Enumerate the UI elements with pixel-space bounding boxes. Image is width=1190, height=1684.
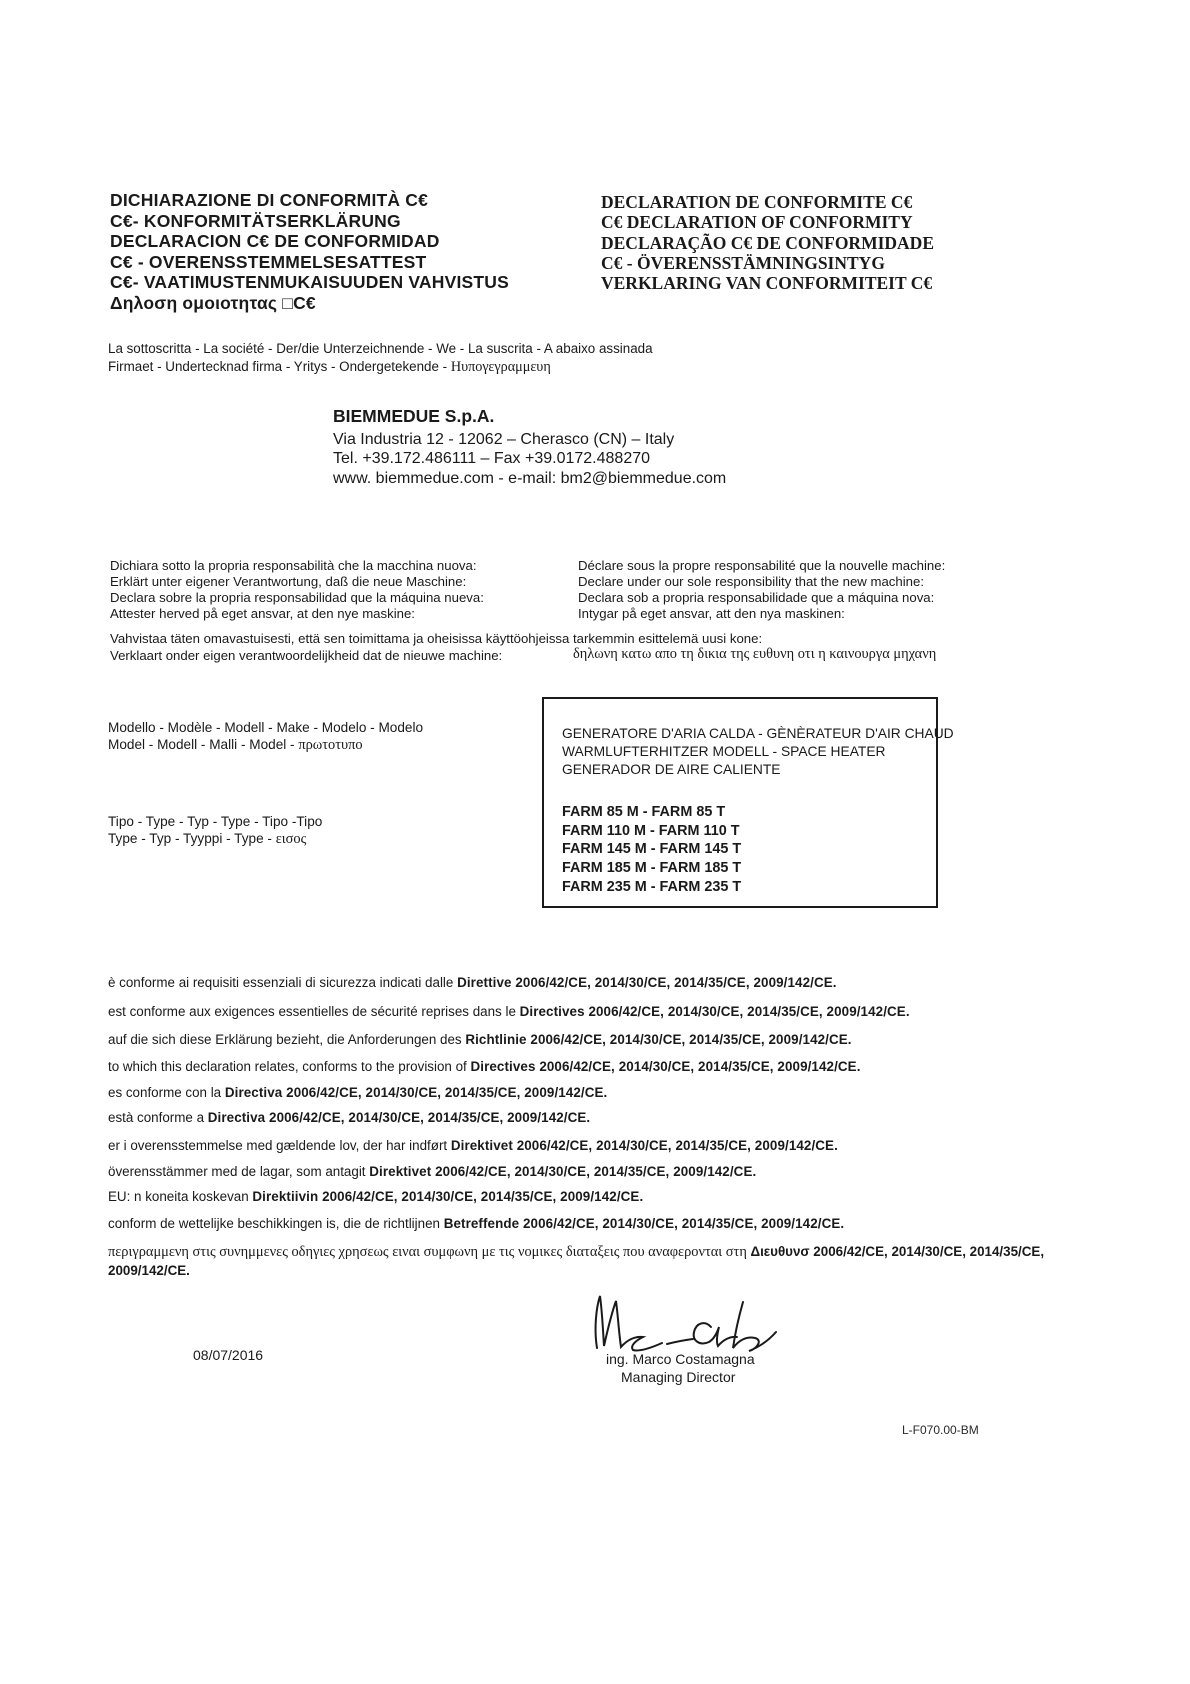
model-label-line: Modello - Modèle - Modell - Make - Model… bbox=[108, 719, 423, 736]
product-model: FARM 145 M - FARM 145 T bbox=[562, 840, 741, 859]
header-line: DECLARAÇÃO C€ DE CONFORMIDADE bbox=[601, 233, 934, 253]
declaration-right-column: Déclare sous la propre responsabilité qu… bbox=[578, 558, 945, 622]
product-description-line: GENERADOR DE AIRE CALIENTE bbox=[562, 761, 954, 779]
model-labels: Modello - Modèle - Modell - Make - Model… bbox=[108, 719, 423, 754]
declaration-line: Declare under our sole responsibility th… bbox=[578, 574, 945, 590]
header-line: C€- KONFORMITÄTSERKLÄRUNG bbox=[110, 211, 509, 232]
header-line: DECLARATION DE CONFORMITE C€ bbox=[601, 192, 934, 212]
product-model-list: FARM 85 M - FARM 85 T FARM 110 M - FARM … bbox=[562, 803, 741, 897]
product-model: FARM 85 M - FARM 85 T bbox=[562, 803, 741, 822]
directive-line: er i overensstemmelse med gældende lov, … bbox=[108, 1138, 838, 1153]
header-line: DICHIARAZIONE DI CONFORMITÀ C€ bbox=[110, 190, 509, 211]
header-line: C€ DECLARATION OF CONFORMITY bbox=[601, 212, 934, 232]
declaration-greek-line: δηλωνη κατω απο τη δικια της ευθυνη οτι … bbox=[573, 646, 936, 663]
header-line: C€ - OVERENSSTEMMELSESATTEST bbox=[110, 252, 509, 273]
header-line: C€ - ÖVERENSSTÄMNINGSINTYG bbox=[601, 253, 934, 273]
header-line: DECLARACION C€ DE CONFORMIDAD bbox=[110, 231, 509, 252]
directive-line: överensstämmer med de lagar, som antagit… bbox=[108, 1164, 756, 1179]
declarant-line: Firmaet - Undertecknad firma - Yritys - … bbox=[108, 358, 653, 377]
header-left-column: DICHIARAZIONE DI CONFORMITÀ C€ C€- KONFO… bbox=[110, 190, 509, 314]
company-web-email: www. biemmedue.com - e-mail: bm2@biemmed… bbox=[333, 469, 726, 489]
greek-text: Ηυπογεγραμμευη bbox=[451, 359, 551, 375]
greek-text: πρωτοτυπο bbox=[298, 737, 362, 753]
header-line: VERKLARING VAN CONFORMITEIT C€ bbox=[601, 273, 934, 293]
header-line: C€- VAATIMUSTENMUKAISUUDEN VAHVISTUS bbox=[110, 272, 509, 293]
signature-image bbox=[583, 1292, 778, 1354]
product-description-line: GENERATORE D'ARIA CALDA - GÈNÈRATEUR D'A… bbox=[562, 725, 954, 743]
model-label-line: Model - Modell - Malli - Model - πρωτοτυ… bbox=[108, 736, 423, 754]
product-model: FARM 235 M - FARM 235 T bbox=[562, 878, 741, 897]
company-name: BIEMMEDUE S.p.A. bbox=[333, 407, 726, 427]
company-address: Via Industria 12 - 12062 – Cherasco (CN)… bbox=[333, 430, 726, 450]
directive-line: es conforme con la Directiva 2006/42/CE,… bbox=[108, 1085, 607, 1100]
product-description: GENERATORE D'ARIA CALDA - GÈNÈRATEUR D'A… bbox=[562, 725, 954, 778]
directive-line: è conforme ai requisiti essenziali di si… bbox=[108, 975, 837, 990]
declaration-dutch-line: Verklaart onder eigen verantwoordelijkhe… bbox=[110, 648, 502, 663]
signature-date: 08/07/2016 bbox=[193, 1347, 263, 1363]
declaration-line: Déclare sous la propre responsabilité qu… bbox=[578, 558, 945, 574]
document-page: DICHIARAZIONE DI CONFORMITÀ C€ C€- KONFO… bbox=[0, 0, 1190, 1684]
company-phone-fax: Tel. +39.172.486111 – Fax +39.0172.48827… bbox=[333, 449, 726, 469]
declarant-line: La sottoscritta - La société - Der/die U… bbox=[108, 340, 653, 358]
declaration-line: Declara sob a propria responsabilidade q… bbox=[578, 590, 945, 606]
header-line-greek: Δηλοση ομοιοτητας □C€ bbox=[110, 293, 509, 314]
declaration-line: Dichiara sotto la propria responsabilità… bbox=[110, 558, 484, 574]
greek-text: εισος bbox=[276, 831, 307, 847]
product-model: FARM 110 M - FARM 110 T bbox=[562, 822, 741, 841]
signer-name: ing. Marco Costamagna bbox=[606, 1351, 755, 1367]
product-box: GENERATORE D'ARIA CALDA - GÈNÈRATEUR D'A… bbox=[542, 697, 938, 908]
directive-line: auf die sich diese Erklärung bezieht, di… bbox=[108, 1032, 852, 1047]
directive-line: EU: n koneita koskevan Direktiivin 2006/… bbox=[108, 1189, 643, 1204]
type-label-line: Tipo - Type - Typ - Type - Tipo -Tipo bbox=[108, 813, 322, 830]
declaration-line: Erklärt unter eigener Verantwortung, daß… bbox=[110, 574, 484, 590]
declaration-line: Declara sobre la propria responsabilidad… bbox=[110, 590, 484, 606]
directive-line: conform de wettelijke beschikkingen is, … bbox=[108, 1216, 844, 1231]
type-labels: Tipo - Type - Typ - Type - Tipo -Tipo Ty… bbox=[108, 813, 322, 848]
directive-line: està conforme a Directiva 2006/42/CE, 20… bbox=[108, 1110, 590, 1125]
directive-line: to which this declaration relates, confo… bbox=[108, 1059, 861, 1074]
declaration-line: Attester herved på eget ansvar, at den n… bbox=[110, 606, 484, 622]
directive-line-greek: περιγραμμενη στις συνημμενες οδηγιες χρη… bbox=[108, 1243, 1096, 1279]
declarant-intro: La sottoscritta - La société - Der/die U… bbox=[108, 340, 653, 376]
header-right-column: DECLARATION DE CONFORMITE C€ C€ DECLARAT… bbox=[601, 192, 934, 293]
product-description-line: WARMLUFTERHITZER MODELL - SPACE HEATER bbox=[562, 743, 954, 761]
declaration-line: Intygar på eget ansvar, att den nya mask… bbox=[578, 606, 945, 622]
company-block: BIEMMEDUE S.p.A. Via Industria 12 - 1206… bbox=[333, 407, 726, 488]
declaration-finnish-line: Vahvistaa täten omavastuisesti, että sen… bbox=[110, 631, 762, 646]
declaration-left-column: Dichiara sotto la propria responsabilità… bbox=[110, 558, 484, 622]
signer-title: Managing Director bbox=[621, 1369, 735, 1385]
product-model: FARM 185 M - FARM 185 T bbox=[562, 859, 741, 878]
directive-line: est conforme aux exigences essentielles … bbox=[108, 1004, 910, 1019]
document-code: L-F070.00-BM bbox=[902, 1423, 979, 1437]
type-label-line: Type - Typ - Tyyppi - Type - εισος bbox=[108, 830, 322, 848]
